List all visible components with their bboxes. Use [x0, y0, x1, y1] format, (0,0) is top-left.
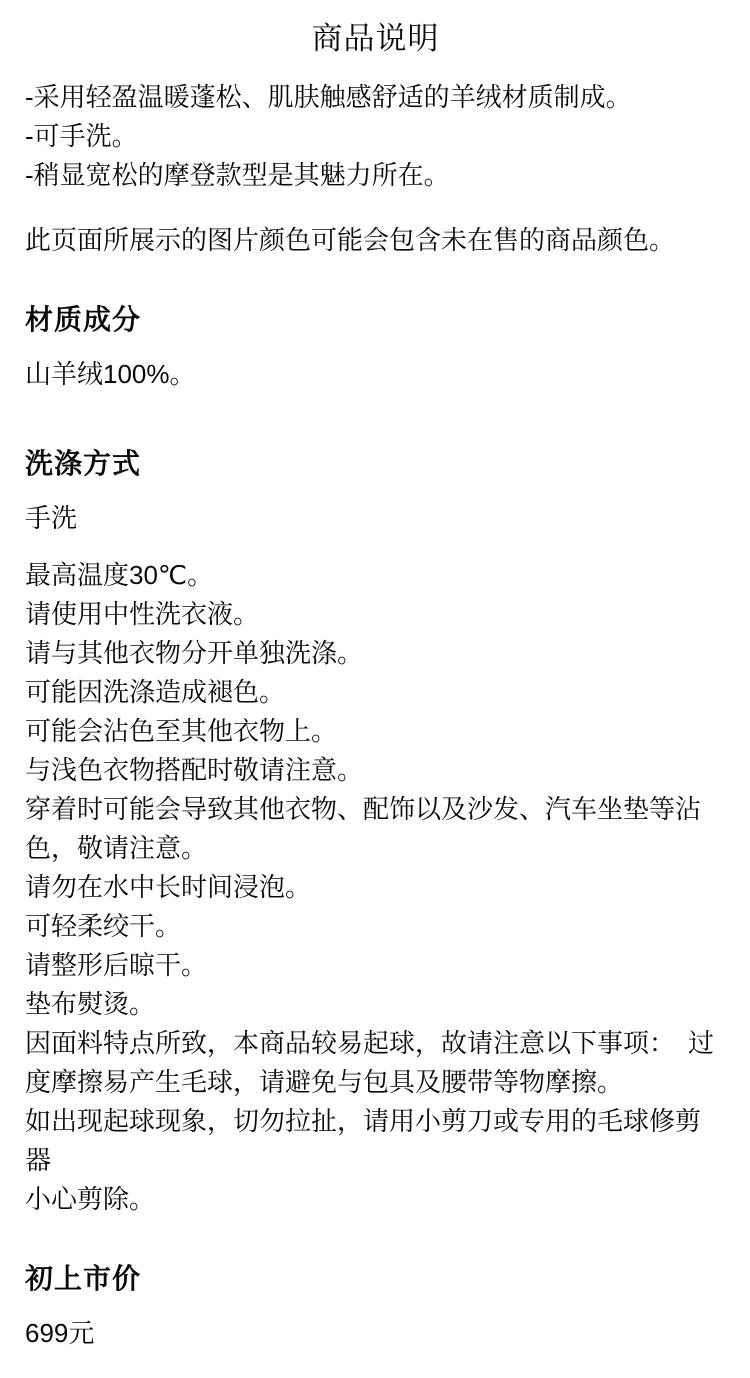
color-availability-notice: 此页面所展示的图片颜色可能会包含未在售的商品颜色。 — [25, 221, 726, 260]
product-description-page: 商品说明 -采用轻盈温暖蓬松、肌肤触感舒适的羊绒材质制成。 -可手洗。 -稍显宽… — [0, 0, 750, 1378]
initial-price-value: 699元 — [25, 1314, 726, 1353]
material-section-heading: 材质成分 — [25, 300, 726, 340]
material-composition-text: 山羊绒100%。 — [25, 355, 726, 394]
initial-price-section-heading: 初上市价 — [25, 1259, 726, 1299]
washing-section-heading: 洗涤方式 — [25, 444, 726, 484]
product-feature-bullets: -采用轻盈温暖蓬松、肌肤触感舒适的羊绒材质制成。 -可手洗。 -稍显宽松的摩登款… — [25, 78, 726, 195]
washing-instructions-text: 最高温度30℃。 请使用中性洗衣液。 请与其他衣物分开单独洗涤。 可能因洗涤造成… — [25, 556, 726, 1219]
page-title: 商品说明 — [25, 17, 726, 61]
washing-method-text: 手洗 — [25, 499, 726, 538]
